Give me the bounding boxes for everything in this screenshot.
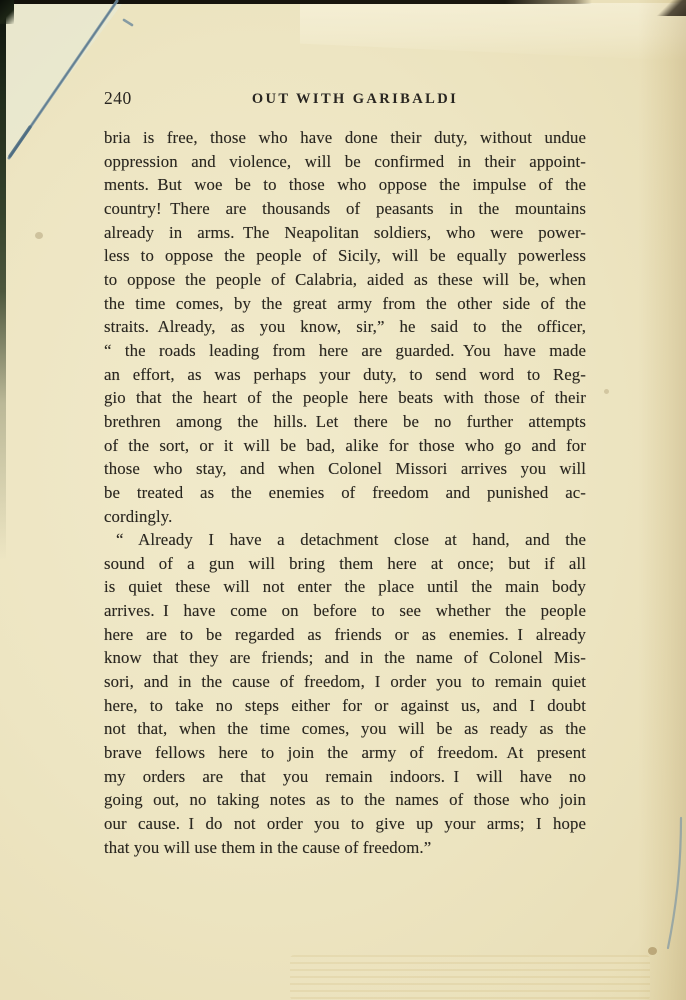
bottom-page-edges xyxy=(290,955,650,1000)
text-line: sound of a gun will bring them here at o… xyxy=(104,552,586,576)
scan-top-edge xyxy=(12,0,592,4)
scanned-book-page: 240 OUT WITH GARIBALDI bria is free, tho… xyxy=(0,0,686,1000)
text-line: “ Already I have a detachment close at h… xyxy=(104,528,586,552)
paper-speck xyxy=(35,232,43,239)
paragraph: “ Already I have a detachment close at h… xyxy=(104,528,586,859)
text-line: country! There are thousands of peasants… xyxy=(104,197,586,221)
page-header: 240 OUT WITH GARIBALDI xyxy=(104,88,586,110)
paragraph: bria is free, those who have done their … xyxy=(104,126,586,528)
text-line: already in arms. The Neapolitan soldiers… xyxy=(104,221,586,245)
text-line: that you will use them in the cause of f… xyxy=(104,836,586,860)
text-line: the time comes, by the great army from t… xyxy=(104,292,586,316)
page-number: 240 xyxy=(104,88,132,109)
paper-speck xyxy=(604,389,609,394)
text-line: less to oppose the people of Sicily, wil… xyxy=(104,244,586,268)
paper-speck xyxy=(648,947,657,955)
text-line: arrives. I have come on before to see wh… xyxy=(104,599,586,623)
scan-top-right-corner xyxy=(656,0,686,16)
text-line: straits. Already, as you know, sir,” he … xyxy=(104,315,586,339)
text-line: brave fellows here to join the army of f… xyxy=(104,741,586,765)
text-line: of the sort, or it will be bad, alike fo… xyxy=(104,434,586,458)
text-line: our cause. I do not order you to give up… xyxy=(104,812,586,836)
text-line: oppression and violence, will be confirm… xyxy=(104,150,586,174)
text-line: be treated as the enemies of freedom and… xyxy=(104,481,586,505)
running-head-title: OUT WITH GARIBALDI xyxy=(144,91,566,108)
page-right-shading xyxy=(638,0,686,1000)
scan-top-left-corner xyxy=(0,0,14,24)
text-line: brethren among the hills. Let there be n… xyxy=(104,410,586,434)
text-line: going out, no taking notes as to the nam… xyxy=(104,788,586,812)
underlying-page-edge xyxy=(300,3,686,61)
blue-crayon-dash xyxy=(124,20,132,25)
text-line: here are to be regarded as friends or as… xyxy=(104,623,586,647)
text-line: ments. But woe be to those who oppose th… xyxy=(104,173,586,197)
scan-left-edge xyxy=(0,0,6,560)
body-text: bria is free, those who have done their … xyxy=(104,126,586,859)
text-line: cordingly. xyxy=(104,505,586,529)
text-line: sori, and in the cause of freedom, I ord… xyxy=(104,670,586,694)
text-line: those who stay, and when Colonel Missori… xyxy=(104,457,586,481)
text-line: to oppose the people of Calabria, aided … xyxy=(104,268,586,292)
text-line: is quiet these will not enter the place … xyxy=(104,575,586,599)
text-line: gio that the heart of the people here be… xyxy=(104,386,586,410)
text-line: bria is free, those who have done their … xyxy=(104,126,586,150)
text-line: my orders are that you remain indoors. I… xyxy=(104,765,586,789)
text-line: know that they are friends; and in the n… xyxy=(104,646,586,670)
text-line: “ the roads leading from here are guarde… xyxy=(104,339,586,363)
text-line: an effort, as was perhaps your duty, to … xyxy=(104,363,586,387)
text-line: not that, when the time comes, you will … xyxy=(104,717,586,741)
text-line: here, to take no steps either for or aga… xyxy=(104,694,586,718)
